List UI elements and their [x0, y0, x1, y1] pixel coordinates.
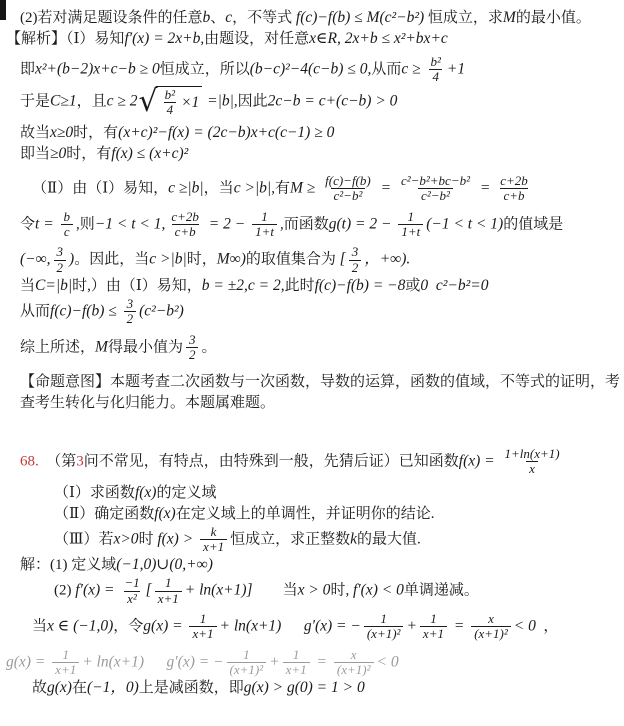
math-text: < 0	[377, 653, 399, 670]
fraction-denominator: 2	[54, 260, 67, 275]
fraction-numerator: 1	[377, 612, 390, 626]
text-line: 故g(x)在(−1，0)上是减函数，即g(x) > g(0) = 1 > 0	[32, 678, 618, 698]
text: 的最大值.	[357, 531, 421, 547]
math-text: c+b	[175, 225, 196, 239]
math-text: t =	[35, 215, 58, 232]
text-line: 故当x≥0时，有(x+c)²−f(x) = (2c−b)x+c(c−1) ≥ 0	[20, 123, 618, 143]
fraction-numerator: f(c)−f(b)	[322, 174, 374, 188]
math-text: C≥1	[50, 92, 77, 109]
math-text: x	[488, 612, 494, 626]
text: ,因此	[234, 93, 268, 109]
math-text: x+1	[158, 592, 179, 606]
text	[144, 654, 167, 670]
text-line: 解：(1) 定义域(−1,0)∪(0,+∞)	[20, 555, 618, 575]
math-text: x²+(b−2)x+c−b ≥ 0	[35, 60, 160, 77]
fraction-numerator: 1	[405, 210, 418, 224]
fraction-numerator: 1	[290, 648, 303, 662]
math-text: f(c)−f(b) ≤	[50, 302, 121, 319]
fraction-numerator: 1	[258, 210, 271, 224]
text: 或	[405, 278, 420, 294]
math-text: (−1,0)∪(0,+∞)	[116, 556, 213, 573]
math-text: + ln(x+1)	[220, 617, 282, 634]
fraction-numerator: 1	[427, 612, 440, 626]
math-text: M ≥	[290, 180, 319, 197]
fraction: 1+ln(x+1)x	[502, 447, 563, 477]
math-text: c >|b|	[149, 251, 187, 268]
text-line: (2)若对满足题设条件的任意b、c，不等式 f(c)−f(b) ≤ M(c²−b…	[20, 8, 618, 28]
doc-body: (2)若对满足题设条件的任意b、c，不等式 f(c)−f(b) ≤ M(c²−b…	[0, 0, 624, 698]
fraction-denominator: c+b	[500, 188, 527, 203]
text: 在	[72, 680, 87, 696]
math-text: 1	[293, 648, 300, 662]
math-text: 3	[57, 245, 64, 259]
math-text: 3	[352, 245, 359, 259]
math-text: f(x) ≤ (x+c)²	[111, 145, 188, 162]
text-line: 令t = bc,则−1 < t < 1,c+2bc+b = 2 − 11+t,而…	[20, 210, 618, 240]
text: 的最小值。	[516, 10, 591, 26]
math-text: c²−b²+bc−b²	[401, 174, 470, 188]
math-text: 1	[243, 648, 250, 662]
math-text: x²	[127, 592, 137, 606]
text-line: 当x ∈ (−1,0)，令g(x) = 1x+1+ ln(x+1) g′(x) …	[32, 612, 618, 642]
fraction-numerator: b²	[427, 55, 443, 69]
math-text: 3	[189, 333, 196, 347]
math-text: g′(x) = −	[167, 653, 224, 670]
math-text: 1	[380, 612, 387, 626]
math-text: f′(x) < 0	[353, 582, 404, 599]
text: 即当	[20, 146, 50, 162]
math-text: c ≥ 2	[107, 92, 138, 109]
fraction: 1x+1	[189, 612, 216, 642]
math-text: g(x) =	[143, 617, 186, 634]
text-line: 从而f(c)−f(b) ≤ 32(c²−b²)	[20, 297, 618, 327]
math-text: c	[64, 225, 70, 239]
math-text: c ≥|b|	[168, 180, 204, 197]
math-text: f(x) =	[459, 453, 499, 470]
fraction-numerator: x	[348, 648, 360, 662]
math-text: 4	[167, 103, 174, 117]
math-text: M	[95, 338, 108, 355]
math-text: c+2b	[500, 174, 528, 188]
text-line: （Ⅱ）由（Ⅰ）易知，c ≥|b|，当c >|b|,有M ≥ f(c)−f(b)c…	[32, 174, 618, 204]
text: 于是	[20, 93, 50, 109]
text: （Ⅱ）确定函数	[54, 506, 154, 522]
math-text: 2	[57, 261, 64, 275]
text: 的定义域	[156, 485, 216, 501]
math-text: 1	[62, 648, 69, 662]
text-line: （Ⅰ）求函数f(x)的定义域	[54, 483, 618, 503]
math-text: [	[146, 582, 152, 599]
text: 在定义域上的单调性，并证明你的结论.	[176, 506, 435, 522]
fraction-numerator: c+2b	[168, 210, 202, 224]
math-text: c >|b|	[234, 180, 272, 197]
text: 时,	[330, 583, 353, 599]
math-text: −1 < t < 1,	[95, 215, 166, 232]
fraction: b²4	[427, 55, 443, 85]
math-text: k	[211, 525, 217, 539]
red-text: 3	[76, 454, 84, 470]
math-text: c ≥	[401, 60, 424, 77]
math-text: (b−c)²−4(c−b) ≤ 0,	[250, 60, 372, 77]
fraction-numerator: 3	[124, 297, 137, 311]
fraction-numerator: c²−b²+bc−b²	[398, 174, 473, 188]
text: 从而	[371, 61, 401, 77]
math-text: g(x) > g(0) = 1 > 0	[244, 679, 365, 696]
fraction-denominator: x²	[124, 591, 140, 606]
fraction-numerator: 1	[197, 612, 210, 626]
math-text: x+1	[203, 540, 224, 554]
fraction-numerator: b²	[162, 88, 178, 102]
math-text: 1+ln(x+1)	[505, 447, 560, 461]
fraction-denominator: c²−b²	[331, 188, 366, 203]
math-text: −1	[124, 576, 139, 590]
fraction-denominator: 2	[349, 260, 362, 275]
fraction: 32	[124, 297, 137, 327]
fraction-denominator: (x+1)²	[471, 626, 511, 641]
text: 解：(1) 定义域	[20, 557, 116, 573]
fraction-denominator: x+1	[200, 539, 227, 554]
fraction-numerator: 1	[59, 648, 72, 662]
math-text: 2	[189, 348, 196, 362]
math-text: (−∞,	[20, 251, 51, 268]
fraction: 1(x+1)²	[227, 648, 267, 678]
math-text: 2	[127, 312, 134, 326]
fraction-denominator: 1+t	[398, 224, 423, 239]
text: 查考生转化与化归能力。本题属难题。	[20, 395, 275, 411]
text: 恒成立，所以	[160, 61, 250, 77]
fraction: 11+t	[252, 210, 277, 240]
fraction: kx+1	[200, 525, 227, 555]
math-text: x≥0	[50, 124, 73, 141]
text: 当	[253, 583, 298, 599]
text: ,而函数	[280, 216, 329, 232]
fraction-denominator: (x+1)²	[227, 662, 267, 677]
text: 的取值集合为	[246, 252, 340, 268]
math-text: x∈R, 2x+b ≤ x²+bx+c	[309, 30, 448, 47]
text: 单调递减。	[404, 583, 479, 599]
fraction-denominator: 2	[186, 347, 199, 362]
text: (2)若对满足题设条件的任意	[20, 10, 203, 26]
text-line: 【解析】（Ⅰ）易知f′(x) = 2x+b,由题设，对任意x∈R, 2x+b ≤…	[6, 29, 618, 49]
math-text: k	[350, 530, 357, 547]
text: ,则	[76, 216, 95, 232]
math-text: f(c)−f(b) ≤ M(c²−b²)	[296, 9, 424, 26]
text: 上是减函数，即	[139, 680, 244, 696]
text: 当	[32, 618, 47, 634]
math-text: g(x) =	[6, 653, 49, 670]
fraction: c+2bc+b	[497, 174, 531, 204]
math-text: ×1	[181, 93, 199, 112]
math-text: =	[476, 180, 494, 197]
text-line: (2) f′(x) = −1x²[1x+1+ ln(x+1)] 当x > 0时,…	[54, 576, 618, 606]
math-text: =	[450, 617, 468, 634]
fraction-denominator: 1+t	[252, 224, 277, 239]
text: 即	[20, 61, 35, 77]
fraction-denominator: c+b	[172, 224, 199, 239]
math-text: 1	[408, 210, 415, 224]
fraction-denominator: c	[61, 224, 73, 239]
text: 【解析】（Ⅰ）易知	[6, 31, 124, 47]
math-text: f′(x) = 2x+b	[124, 30, 200, 47]
fraction: b²4	[162, 88, 178, 118]
math-text: (x+1)²	[337, 663, 371, 677]
text: 问不常见，有特点，由特殊到一般，先猜后证）已知函数	[84, 454, 459, 470]
fraction-numerator: 1	[240, 648, 253, 662]
text: 综上所述，	[20, 339, 95, 355]
text	[281, 618, 304, 634]
fraction-numerator: x	[485, 612, 497, 626]
fraction-denominator: x	[526, 461, 538, 476]
math-text: b	[64, 210, 71, 224]
fraction: −1x²	[121, 576, 142, 606]
text: ,有	[271, 181, 290, 197]
math-text: x>0	[113, 530, 138, 547]
fraction: bc	[61, 210, 74, 240]
math-text: 2c−b = c+(c−b) > 0	[268, 92, 398, 109]
fraction: 1x+1	[52, 648, 79, 678]
fraction: 32	[186, 333, 199, 363]
math-text: b = ±2,c = 2,	[202, 277, 285, 294]
text: 恒成立，求	[424, 10, 503, 26]
text: 当	[20, 278, 35, 294]
math-text: 0 c²−b²=0	[420, 277, 488, 294]
radicand: b²4×1	[156, 86, 203, 118]
red-text: 68.	[20, 454, 39, 470]
math-text: x+1	[423, 627, 444, 641]
fraction-numerator: 3	[54, 245, 67, 259]
fraction: 1x+1	[420, 612, 447, 642]
math-text: =	[313, 653, 331, 670]
fraction: x(x+1)²	[471, 612, 511, 642]
text: （Ⅲ）若	[54, 531, 113, 547]
fraction: 1x+1	[283, 648, 310, 678]
math-text: =	[377, 180, 395, 197]
math-text: g(t) = 2 −	[329, 215, 396, 232]
text: 此时	[285, 278, 315, 294]
fraction-denominator: 2	[124, 311, 137, 326]
math-text: 1	[261, 210, 268, 224]
math-text: f(x)	[154, 505, 176, 522]
fraction: 1(x+1)²	[364, 612, 404, 642]
text: ，不等式	[232, 10, 296, 26]
math-text: 1	[165, 576, 172, 590]
math-text: [	[340, 251, 346, 268]
fraction-denominator: (x+1)²	[364, 626, 404, 641]
math-text: = 2 −	[205, 215, 249, 232]
text: （第	[39, 454, 77, 470]
math-text: (x+1)²	[230, 663, 264, 677]
fraction-numerator: 3	[186, 333, 199, 347]
math-text: + ln(x+1)	[82, 653, 144, 670]
math-text: + ln(x+1)]	[185, 582, 253, 599]
text: 时，有	[66, 146, 111, 162]
fraction-denominator: x+1	[189, 626, 216, 641]
text-line: 68. （第3问不常见，有特点，由特殊到一般，先猜后证）已知函数f(x) = 1…	[20, 447, 618, 477]
math-text: x ∈ (−1,0)	[47, 617, 113, 634]
fraction: f(c)−f(b)c²−b²	[322, 174, 374, 204]
math-text: b²	[430, 55, 440, 69]
math-text: (−1，0)	[87, 679, 139, 696]
math-text: b²	[165, 88, 175, 102]
fraction-numerator: 3	[349, 245, 362, 259]
text: 、	[210, 10, 225, 26]
fraction-denominator: c²−b²	[418, 188, 453, 203]
math-text: c²−b²	[334, 189, 363, 203]
math-text: 3	[127, 297, 134, 311]
text: (2)	[54, 583, 75, 599]
math-text: M	[503, 9, 516, 26]
text: 时	[139, 531, 158, 547]
math-text: 2	[352, 261, 359, 275]
text: 时,）由（Ⅰ）易知，	[72, 278, 202, 294]
text: ,由题设，对任意	[200, 31, 309, 47]
fraction: 32	[349, 245, 362, 275]
math-text: c+b	[503, 189, 524, 203]
text: 【命题意图】本题考查二次函数与一次函数，导数的运算，函数的值域，不等式的证明，考	[20, 374, 620, 390]
math-text: +	[406, 617, 416, 634]
math-text: +	[269, 653, 279, 670]
text: 恒成立，求正整数	[230, 531, 350, 547]
text: 从而	[20, 303, 50, 319]
math-text: (x+1)²	[367, 627, 401, 641]
math-text: (−1 < t < 1)	[426, 215, 503, 232]
text-line: 当C=|b|时,）由（Ⅰ）易知，b = ±2,c = 2,此时f(c)−f(b)…	[20, 276, 618, 296]
text-line: 综上所述，M得最小值为32。	[20, 333, 618, 363]
text-line: 即当≥0时，有f(x) ≤ (x+c)²	[20, 144, 618, 164]
math-text: 1+t	[255, 225, 274, 239]
math-text: (x+c)²−f(x) = (2c−b)x+c(c−1) ≥ 0	[118, 124, 334, 141]
math-text: f(x) >	[157, 530, 197, 547]
text-line: 【命题意图】本题考查二次函数与一次函数，导数的运算，函数的值域，不等式的证明，考	[20, 372, 618, 392]
fraction-denominator: x+1	[283, 662, 310, 677]
text: 。因此，当	[74, 252, 149, 268]
text-line: 查考生转化与化归能力。本题属难题。	[20, 393, 618, 413]
fraction-denominator: x+1	[420, 626, 447, 641]
math-text: x+1	[192, 627, 213, 641]
math-text: 1+t	[401, 225, 420, 239]
math-text: x	[529, 462, 535, 476]
fraction-numerator: c+2b	[497, 174, 531, 188]
text: ，当	[204, 181, 234, 197]
text-line: 即x²+(b−2)x+c−b ≥ 0恒成立，所以(b−c)²−4(c−b) ≤ …	[20, 55, 618, 85]
math-text: g(x)	[47, 679, 72, 696]
text: （Ⅱ）由（Ⅰ）易知，	[32, 181, 168, 197]
fraction-numerator: −1	[121, 576, 142, 590]
text: 故当	[20, 125, 50, 141]
math-text: ≥0	[50, 145, 66, 162]
math-text: < 0	[514, 617, 536, 634]
fraction-denominator: x+1	[155, 591, 182, 606]
math-text: c²−b²	[421, 189, 450, 203]
text: 时，有	[73, 125, 118, 141]
math-text: (c²−b²)	[139, 302, 184, 319]
math-text: C=|b|	[35, 277, 72, 294]
fraction: x(x+1)²	[334, 648, 374, 678]
text-line: 于是C≥1，且c ≥ 2√b²4×1 =|b|,因此2c−b = c+(c−b)…	[20, 86, 618, 118]
fraction-denominator: 4	[164, 102, 177, 117]
math-text: f(x)	[135, 484, 157, 501]
fraction-numerator: k	[208, 525, 220, 539]
math-text: x > 0	[298, 582, 331, 599]
fraction-numerator: b	[61, 210, 74, 224]
math-text: f(c)−f(b) = −8	[315, 277, 406, 294]
fraction-numerator: 1+ln(x+1)	[502, 447, 563, 461]
text: ，	[536, 618, 559, 634]
math-text: 1	[200, 612, 207, 626]
text: 令	[20, 216, 35, 232]
fraction: 1x+1	[155, 576, 182, 606]
math-text: 4	[432, 70, 439, 84]
fraction-numerator: 1	[162, 576, 175, 590]
fraction: c+2bc+b	[168, 210, 202, 240]
math-text: (x+1)²	[474, 627, 508, 641]
math-text: f′(x) =	[75, 582, 118, 599]
square-root: √b²4×1	[139, 86, 203, 118]
text: ，且	[77, 93, 107, 109]
math-text: c+2b	[171, 210, 199, 224]
math-text: 1	[430, 612, 437, 626]
math-text: g′(x) = −	[304, 617, 361, 634]
fraction: 32	[54, 245, 67, 275]
math-text: f(c)−f(b)	[325, 174, 371, 188]
fraction-denominator: (x+1)²	[334, 662, 374, 677]
math-text: =|b|	[203, 92, 234, 109]
math-text: x+1	[286, 663, 307, 677]
text: 故	[32, 680, 47, 696]
fraction: 11+t	[398, 210, 423, 240]
fraction-denominator: 4	[429, 69, 442, 84]
fraction-denominator: x+1	[52, 662, 79, 677]
text: 得最小值为	[108, 339, 183, 355]
math-text: M∞)	[217, 251, 246, 268]
text-line: （Ⅱ）确定函数f(x)在定义域上的单调性，并证明你的结论.	[54, 504, 618, 524]
text-line: g(x) = 1x+1+ ln(x+1) g′(x) = −1(x+1)²+1x…	[6, 648, 618, 678]
text: 。	[201, 339, 216, 355]
fraction: c²−b²+bc−b²c²−b²	[398, 174, 473, 204]
math-text: x+1	[55, 663, 76, 677]
math-text: +1	[447, 60, 465, 77]
text: （Ⅰ）求函数	[54, 485, 135, 501]
text: 时，	[187, 252, 217, 268]
document-page: (2)若对满足题设条件的任意b、c，不等式 f(c)−f(b) ≤ M(c²−b…	[0, 0, 624, 726]
text-line: （Ⅲ）若x>0时 f(x) > kx+1恒成立，求正整数k的最大值.	[54, 525, 618, 555]
text: ，令	[113, 618, 143, 634]
text-line: (−∞,32)。因此，当c >|b|时，M∞)的取值集合为 [32，+∞).	[20, 245, 618, 275]
math-text: ，+∞).	[364, 251, 410, 268]
text: 的值域是	[503, 216, 563, 232]
math-text: x	[351, 648, 357, 662]
